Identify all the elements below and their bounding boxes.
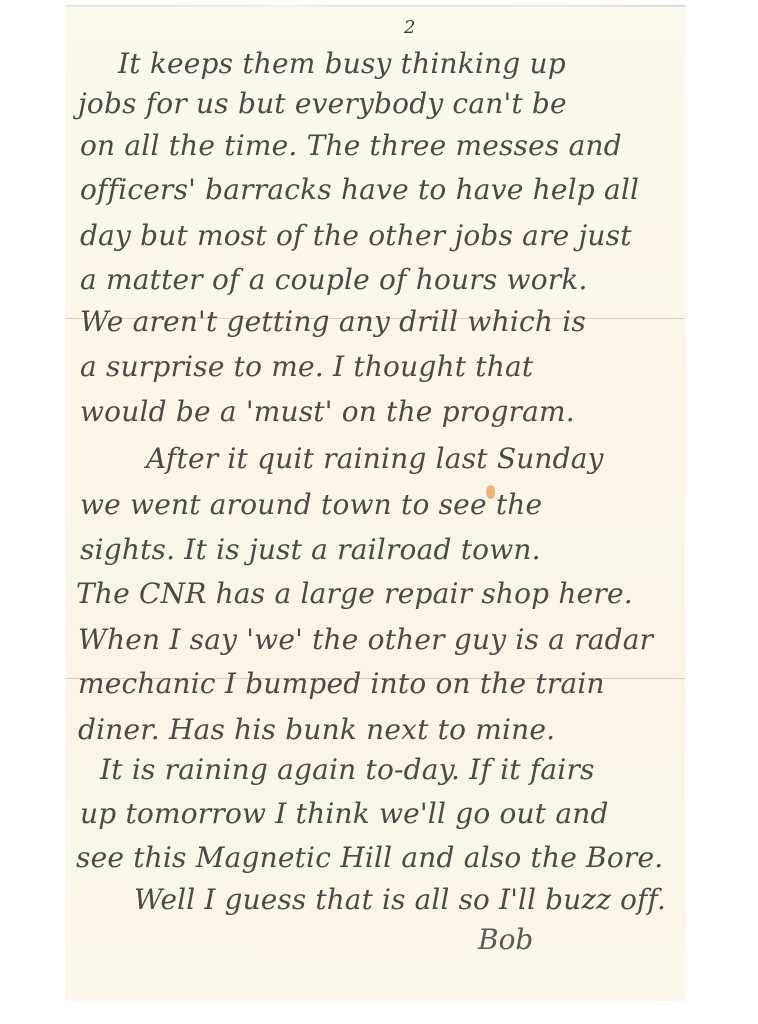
paper-top-edge — [66, 5, 685, 7]
letter-line: When I say 'we' the other guy is a radar — [78, 623, 653, 656]
letter-line: mechanic I bumped into on the train — [78, 667, 605, 700]
letter-line: After it quit raining last Sunday — [146, 442, 604, 475]
letter-line: sights. It is just a railroad town. — [80, 533, 541, 566]
letter-line: see this Magnetic Hill and also the Bore… — [76, 841, 663, 874]
letter-line: up tomorrow I think we'll go out and — [80, 797, 609, 830]
page-number: 2 — [404, 17, 415, 38]
letter-line: jobs for us but everybody can't be — [78, 87, 567, 120]
signature: Bob — [478, 923, 533, 956]
letter-line: we went around town to see the — [80, 488, 542, 521]
letter-line: We aren't getting any drill which is — [80, 305, 586, 338]
letter-line: a matter of a couple of hours work. — [80, 263, 588, 296]
letter-line: It is raining again to-day. If it fairs — [100, 753, 595, 786]
letter-line: on all the time. The three messes and — [80, 129, 622, 162]
letter-line: It keeps them busy thinking up — [118, 47, 566, 80]
letter-line: Well I guess that is all so I'll buzz of… — [134, 883, 666, 916]
letter-line: day but most of the other jobs are just — [80, 219, 632, 252]
letter-line: The CNR has a large repair shop here. — [76, 577, 633, 610]
letter-line: would be a 'must' on the program. — [80, 395, 575, 428]
letter-line: a surprise to me. I thought that — [80, 350, 533, 383]
letter-line: diner. Has his bunk next to mine. — [78, 713, 555, 746]
letter-page: 2 It keeps them busy thinking up jobs fo… — [66, 5, 685, 1000]
letter-line: officers' barracks have to have help all — [80, 173, 639, 206]
